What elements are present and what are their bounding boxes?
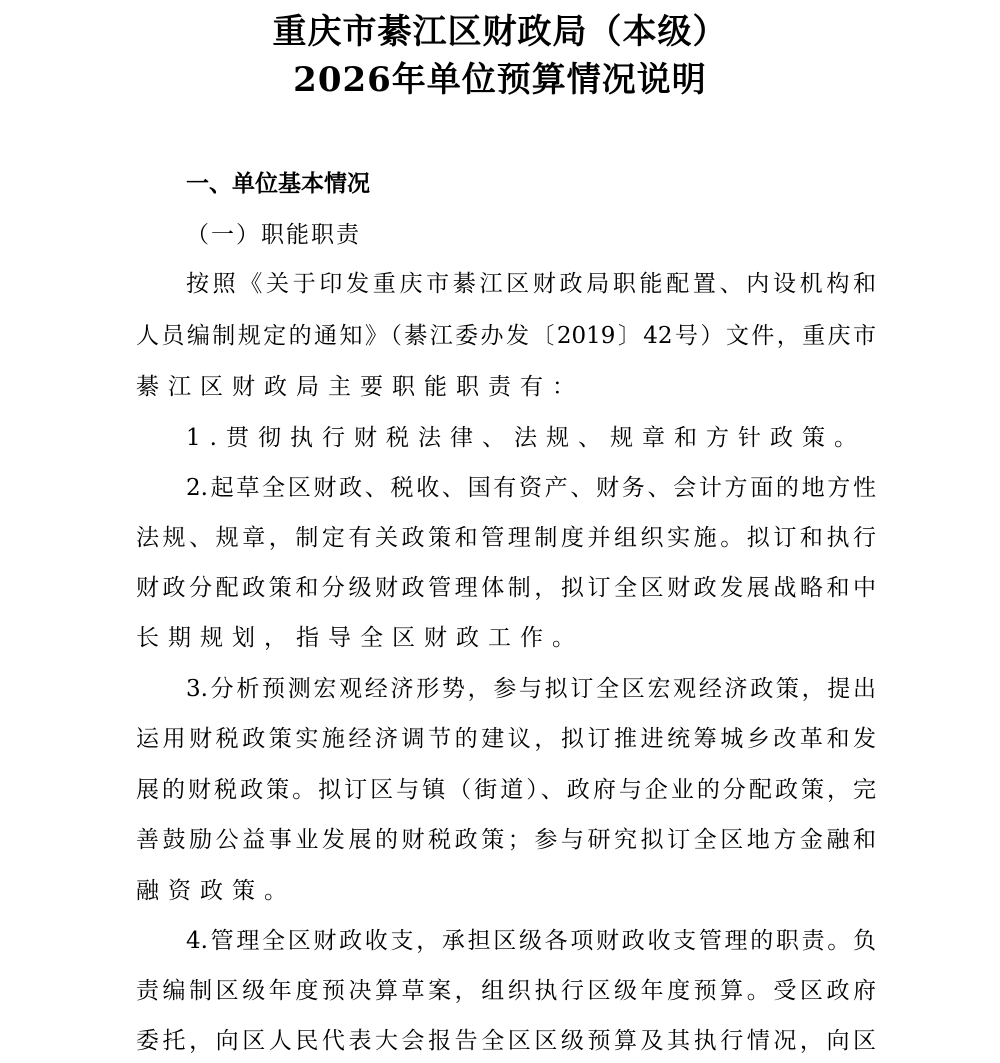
paragraph-line: 融资政策。	[136, 875, 876, 907]
paragraph-line: 3.分析预测宏观经济形势，参与拟订全区宏观经济政策，提出	[186, 673, 876, 705]
paragraph-line: 人员编制规定的通知》（綦江委办发〔2019〕42号）文件，重庆市	[136, 320, 876, 352]
paragraph-line: 长期规划，指导全区财政工作。	[136, 622, 876, 654]
paragraph-line: 按照《关于印发重庆市綦江区财政局职能配置、内设机构和	[186, 268, 876, 300]
paragraph-line: 委托，向区人民代表大会报告全区区级预算及其执行情况，向区	[136, 1025, 876, 1057]
paragraph-line: 善鼓励公益事业发展的财税政策；参与研究拟订全区地方金融和	[136, 824, 876, 856]
document-title-line1: 重庆市綦江区财政局（本级）	[0, 12, 1000, 52]
paragraph-line: 责编制区级年度预决算草案，组织执行区级年度预算。受区政府	[136, 975, 876, 1007]
subsection-heading-functions: （一）职能职责	[186, 219, 361, 251]
paragraph-line: 1.贯彻执行财税法律、法规、规章和方针政策。	[186, 422, 876, 454]
paragraph-line: 法规、规章，制定有关政策和管理制度并组织实施。拟订和执行	[136, 522, 876, 554]
paragraph-line: 运用财税政策实施经济调节的建议，拟订推进统筹城乡改革和发	[136, 723, 876, 755]
paragraph-line: 綦江区财政局主要职能职责有：	[136, 371, 876, 403]
section-heading-basic-info: 一、单位基本情况	[186, 168, 370, 200]
document-title-line2: 2026年单位预算情况说明	[0, 60, 1000, 100]
paragraph-line: 4.管理全区财政收支，承担区级各项财政收支管理的职责。负	[186, 925, 876, 957]
paragraph-line: 展的财税政策。拟订区与镇（街道）、政府与企业的分配政策，完	[136, 774, 876, 806]
paragraph-line: 财政分配政策和分级财政管理体制，拟订全区财政发展战略和中	[136, 572, 876, 604]
paragraph-line: 2.起草全区财政、税收、国有资产、财务、会计方面的地方性	[186, 472, 876, 504]
